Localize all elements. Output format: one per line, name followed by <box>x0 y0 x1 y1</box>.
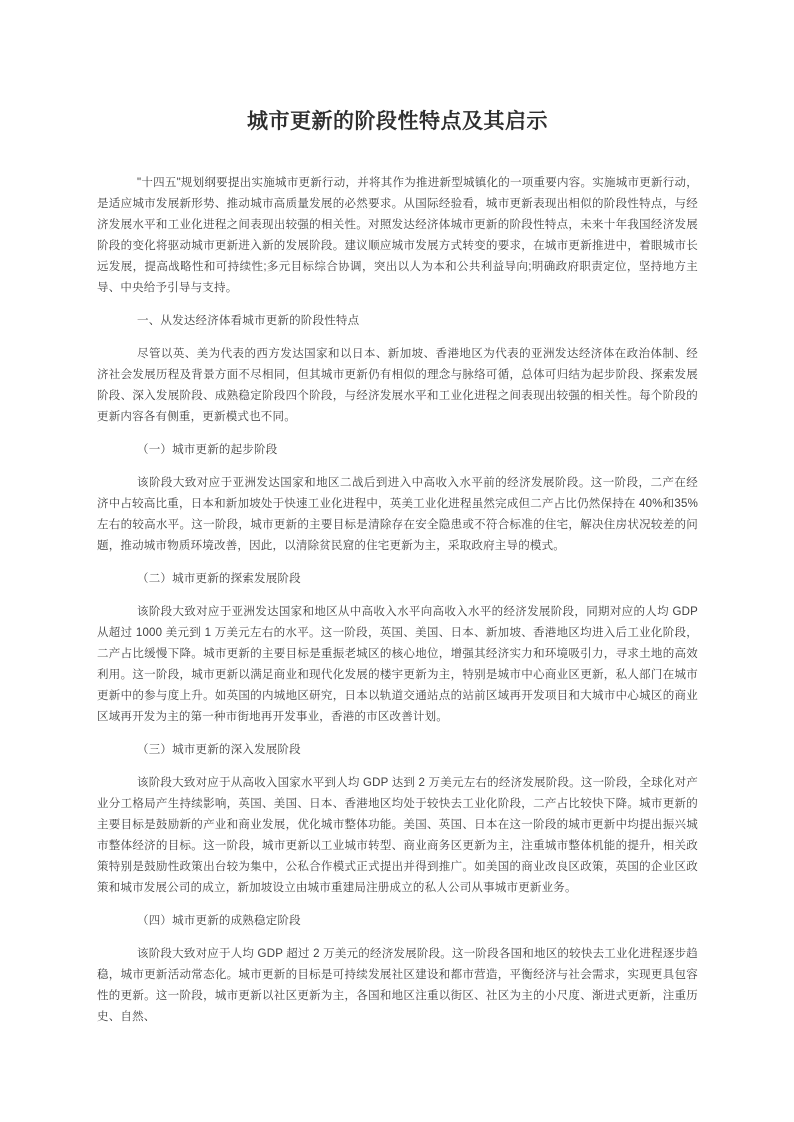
document-page: 城市更新的阶段性特点及其启示 "十四五"规划纲要提出实施城市更新行动，并将其作为… <box>0 0 794 1122</box>
document-content: 城市更新的阶段性特点及其启示 "十四五"规划纲要提出实施城市更新行动，并将其作为… <box>97 107 698 1040</box>
subsection-3-heading: （三）城市更新的深入发展阶段 <box>97 740 698 761</box>
section-1-paragraph: 尽管以英、美为代表的西方发达国家和以日本、新加坡、香港地区为代表的亚洲发达经济体… <box>97 344 698 428</box>
subsection-4-heading: （四）城市更新的成熟稳定阶段 <box>97 911 698 932</box>
subsection-2-heading: （二）城市更新的探索发展阶段 <box>97 569 698 590</box>
subsection-4-paragraph: 该阶段大致对应于人均 GDP 超过 2 万美元的经济发展阶段。这一阶段各国和地区… <box>97 944 698 1028</box>
intro-paragraph: "十四五"规划纲要提出实施城市更新行动，并将其作为推进新型城镇化的一项重要内容。… <box>97 173 698 299</box>
subsection-1-heading: （一）城市更新的起步阶段 <box>97 440 698 461</box>
subsection-2-paragraph: 该阶段大致对应于亚洲发达国家和地区从中高收入水平向高收入水平的经济发展阶段，同期… <box>97 602 698 728</box>
section-1-heading: 一、从发达经济体看城市更新的阶段性特点 <box>97 311 698 332</box>
subsection-3-paragraph: 该阶段大致对应于从高收入国家水平到人均 GDP 达到 2 万美元左右的经济发展阶… <box>97 773 698 899</box>
subsection-1-paragraph: 该阶段大致对应于亚洲发达国家和地区二战后到进入中高收入水平前的经济发展阶段。这一… <box>97 473 698 557</box>
document-title: 城市更新的阶段性特点及其启示 <box>97 107 698 137</box>
